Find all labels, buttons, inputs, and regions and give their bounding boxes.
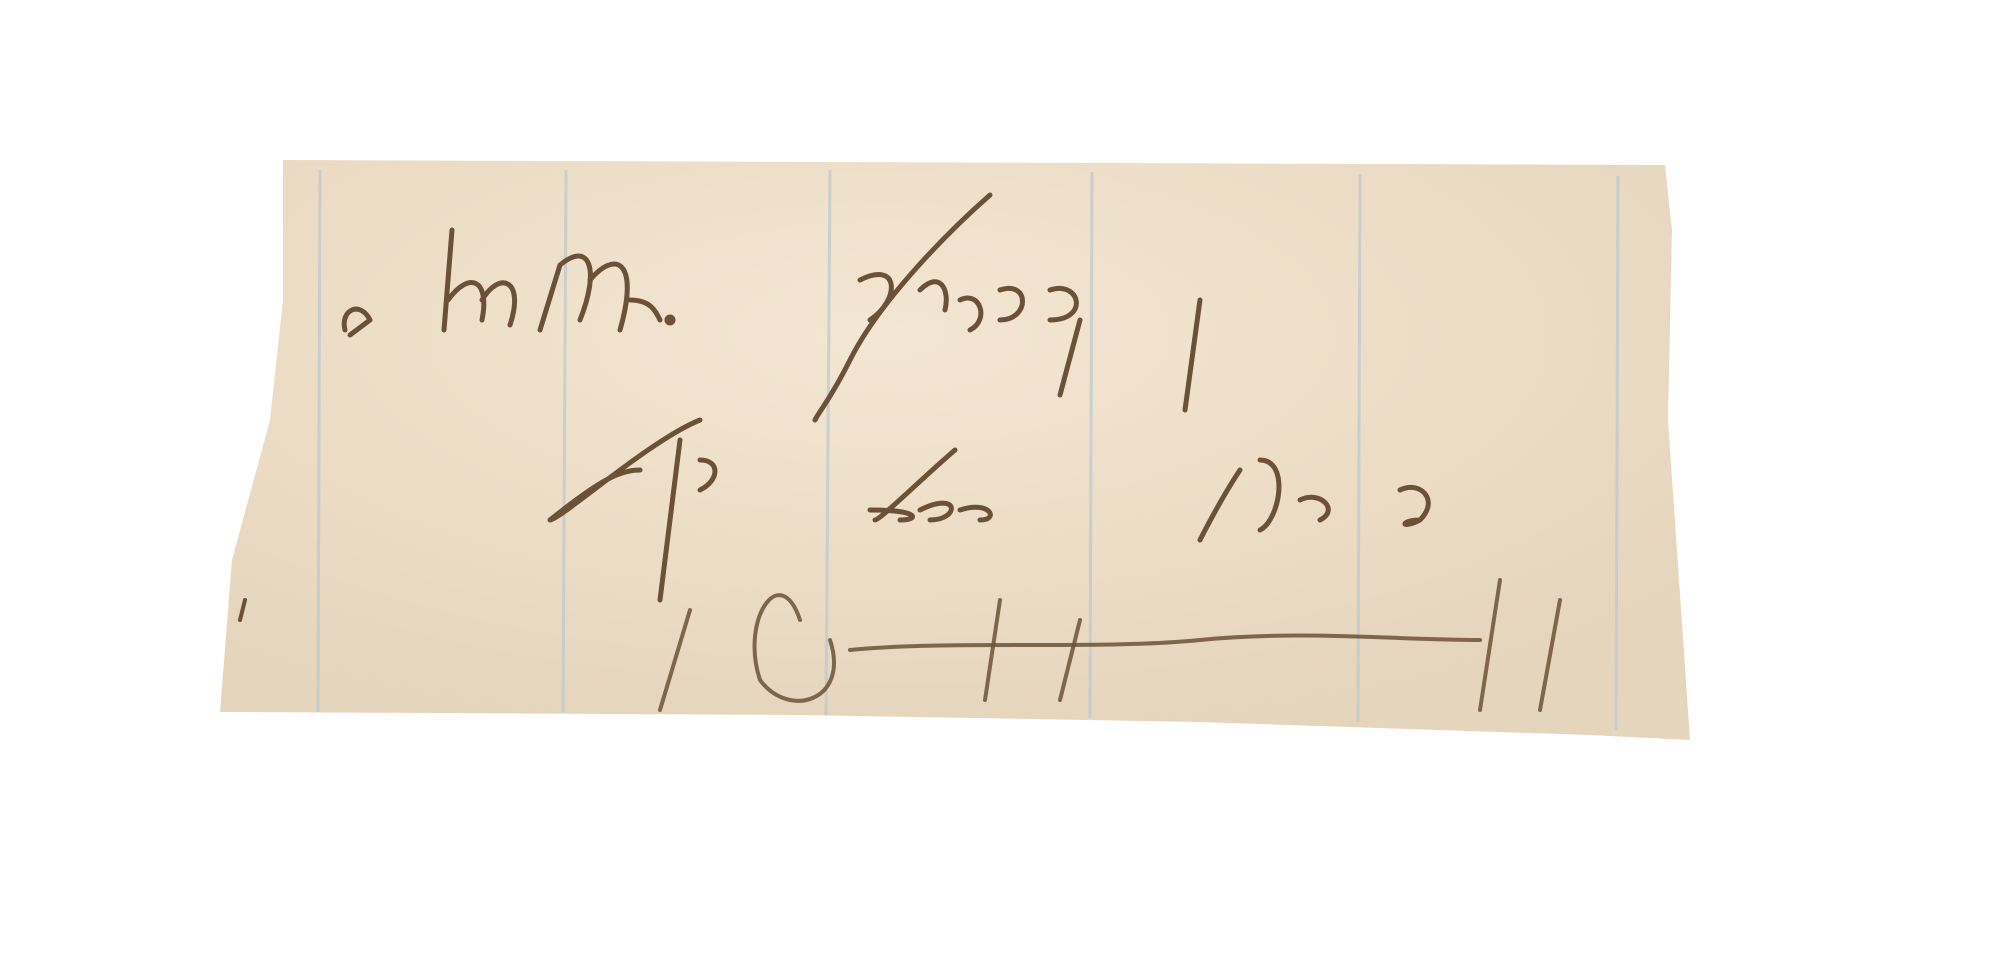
signature-clipping [0, 0, 2000, 963]
